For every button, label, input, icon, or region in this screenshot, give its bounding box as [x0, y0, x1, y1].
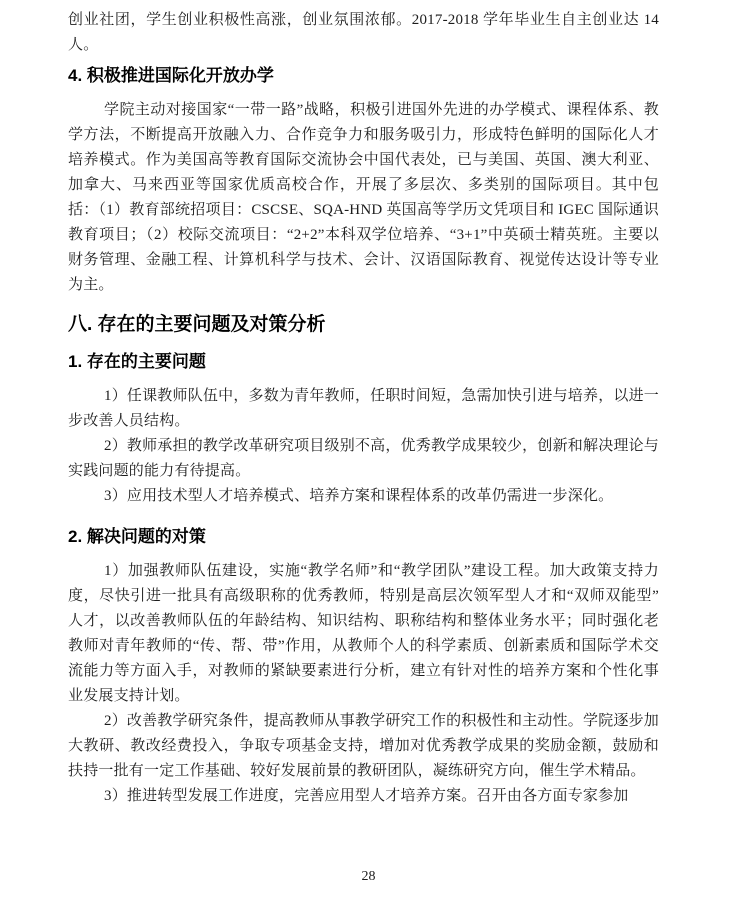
document-page: 创业社团，学生创业积极性高涨，创业氛围浓郁。2017-2018 学年毕业生自主创… [0, 0, 737, 900]
paragraph-international-programs: 学院主动对接国家“一带一路”战略，积极引进国外先进的办学模式、课程体系、教学方法… [68, 98, 659, 298]
section-heading-2-countermeasures: 2. 解决问题的对策 [68, 525, 659, 548]
chapter-heading-8-problems-and-countermeasures: 八. 存在的主要问题及对策分析 [68, 312, 659, 338]
paragraph-continuation: 创业社团，学生创业积极性高涨，创业氛围浓郁。2017-2018 学年毕业生自主创… [68, 8, 659, 58]
paragraph-problem-1: 1）任课教师队伍中，多数为青年教师，任职时间短，急需加快引进与培养，以进一步改善… [68, 384, 659, 434]
section-heading-1-main-problems: 1. 存在的主要问题 [68, 350, 659, 373]
paragraph-countermeasure-2: 2）改善教学研究条件，提高教师从事教学研究工作的积极性和主动性。学院逐步加大教研… [68, 709, 659, 784]
document-content: 创业社团，学生创业积极性高涨，创业氛围浓郁。2017-2018 学年毕业生自主创… [0, 0, 737, 809]
section-heading-4-international-education: 4. 积极推进国际化开放办学 [68, 64, 659, 87]
paragraph-countermeasure-3: 3）推进转型发展工作进度，完善应用型人才培养方案。召开由各方面专家参加 [68, 784, 659, 809]
page-number: 28 [0, 868, 737, 886]
paragraph-problem-2: 2）教师承担的教学改革研究项目级别不高，优秀教学成果较少，创新和解决理论与实践问… [68, 434, 659, 484]
paragraph-countermeasure-1: 1）加强教师队伍建设，实施“教学名师”和“教学团队”建设工程。加大政策支持力度，… [68, 559, 659, 709]
paragraph-problem-3: 3）应用技术型人才培养模式、培养方案和课程体系的改革仍需进一步深化。 [68, 484, 659, 509]
